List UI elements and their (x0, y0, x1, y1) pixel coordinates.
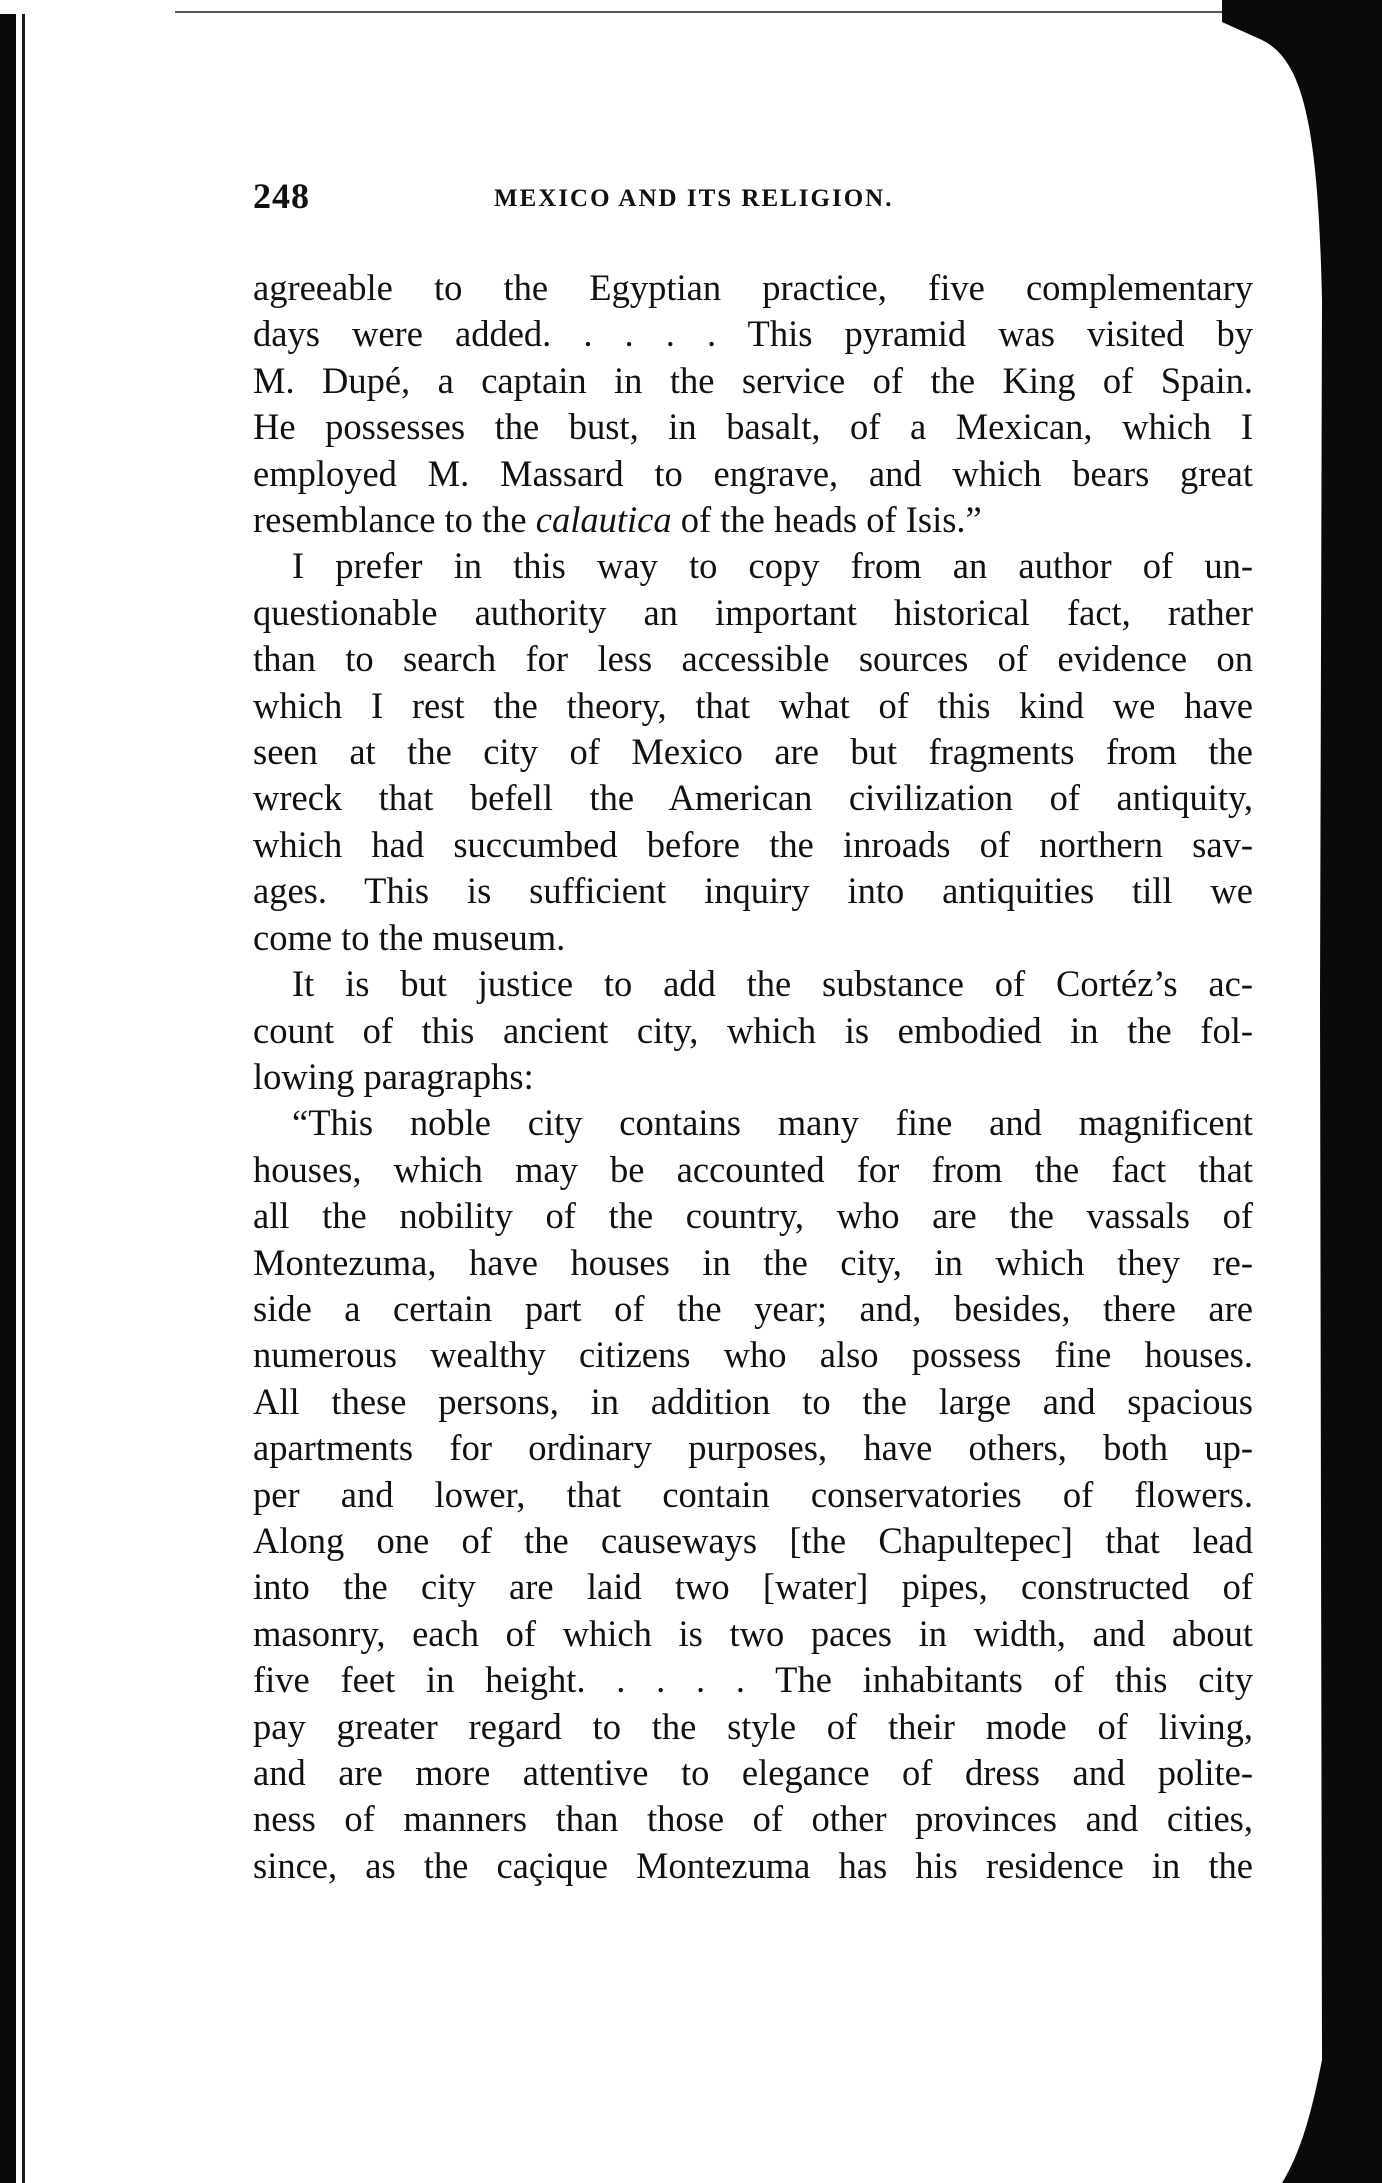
text-line: seen at the city of Mexico are but fragm… (253, 729, 1253, 775)
left-binding-edge (0, 14, 16, 2183)
text-line: all the nobility of the country, who are… (253, 1193, 1253, 1239)
text-line: per and lower, that contain conservatori… (253, 1472, 1253, 1518)
top-page-edge (175, 11, 1335, 13)
text-line: apartments for ordinary purposes, have o… (253, 1425, 1253, 1471)
left-binding-line (22, 14, 25, 2183)
text-line: I prefer in this way to copy from an aut… (253, 543, 1253, 589)
text-line: agreeable to the Egyptian practice, five… (253, 265, 1253, 311)
text-line: He possesses the bust, in basalt, of a M… (253, 404, 1253, 450)
text-line: and are more attentive to elegance of dr… (253, 1750, 1253, 1796)
text-line: come to the museum. (253, 915, 1253, 961)
running-head: MEXICO AND ITS RELIGION. (494, 185, 893, 213)
text-line: masonry, each of which is two paces in w… (253, 1611, 1253, 1657)
text-line: side a certain part of the year; and, be… (253, 1286, 1253, 1332)
text-run: of the heads of Isis.” (672, 499, 982, 540)
text-line: Montezuma, have houses in the city, in w… (253, 1240, 1253, 1286)
text-line: which I rest the theory, that what of th… (253, 683, 1253, 729)
text-line: wreck that befell the American civilizat… (253, 775, 1253, 821)
text-line: resemblance to the calautica of the head… (253, 497, 1253, 543)
text-line: five feet in height. . . . . The inhabit… (253, 1657, 1253, 1703)
page-number: 248 (253, 175, 310, 217)
text-line: ness of manners than those of other prov… (253, 1796, 1253, 1842)
quoted-paragraph: “This noble city contains many fine and … (253, 1100, 1253, 1889)
text-line: count of this ancient city, which is emb… (253, 1008, 1253, 1054)
italic-term: calautica (536, 499, 672, 540)
body-text: agreeable to the Egyptian practice, five… (253, 265, 1253, 1889)
paragraph: agreeable to the Egyptian practice, five… (253, 265, 1253, 543)
text-line: “This noble city contains many fine and … (253, 1100, 1253, 1146)
paragraph: I prefer in this way to copy from an aut… (253, 543, 1253, 961)
text-line: employed M. Massard to engrave, and whic… (253, 451, 1253, 497)
page-header: 248 MEXICO AND ITS RELIGION. (253, 175, 1253, 227)
book-page: 248 MEXICO AND ITS RELIGION. agreeable t… (253, 175, 1253, 1889)
text-line: houses, which may be accounted for from … (253, 1147, 1253, 1193)
text-line: Along one of the causeways [the Chapulte… (253, 1518, 1253, 1564)
text-line: days were added. . . . . This pyramid wa… (253, 311, 1253, 357)
text-line: into the city are laid two [water] pipes… (253, 1564, 1253, 1610)
text-line: than to search for less accessible sourc… (253, 636, 1253, 682)
text-line: which had succumbed before the inroads o… (253, 822, 1253, 868)
paragraph: It is but justice to add the substance o… (253, 961, 1253, 1100)
text-line: M. Dupé, a captain in the service of the… (253, 358, 1253, 404)
text-line: All these persons, in addition to the la… (253, 1379, 1253, 1425)
text-line: questionable authority an important hist… (253, 590, 1253, 636)
text-line: numerous wealthy citizens who also posse… (253, 1332, 1253, 1378)
text-line: It is but justice to add the substance o… (253, 961, 1253, 1007)
text-run: resemblance to the (253, 499, 536, 540)
text-line: since, as the caçique Montezuma has his … (253, 1843, 1253, 1889)
text-line: lowing paragraphs: (253, 1054, 1253, 1100)
text-line: pay greater regard to the style of their… (253, 1704, 1253, 1750)
text-line: ages. This is sufficient inquiry into an… (253, 868, 1253, 914)
